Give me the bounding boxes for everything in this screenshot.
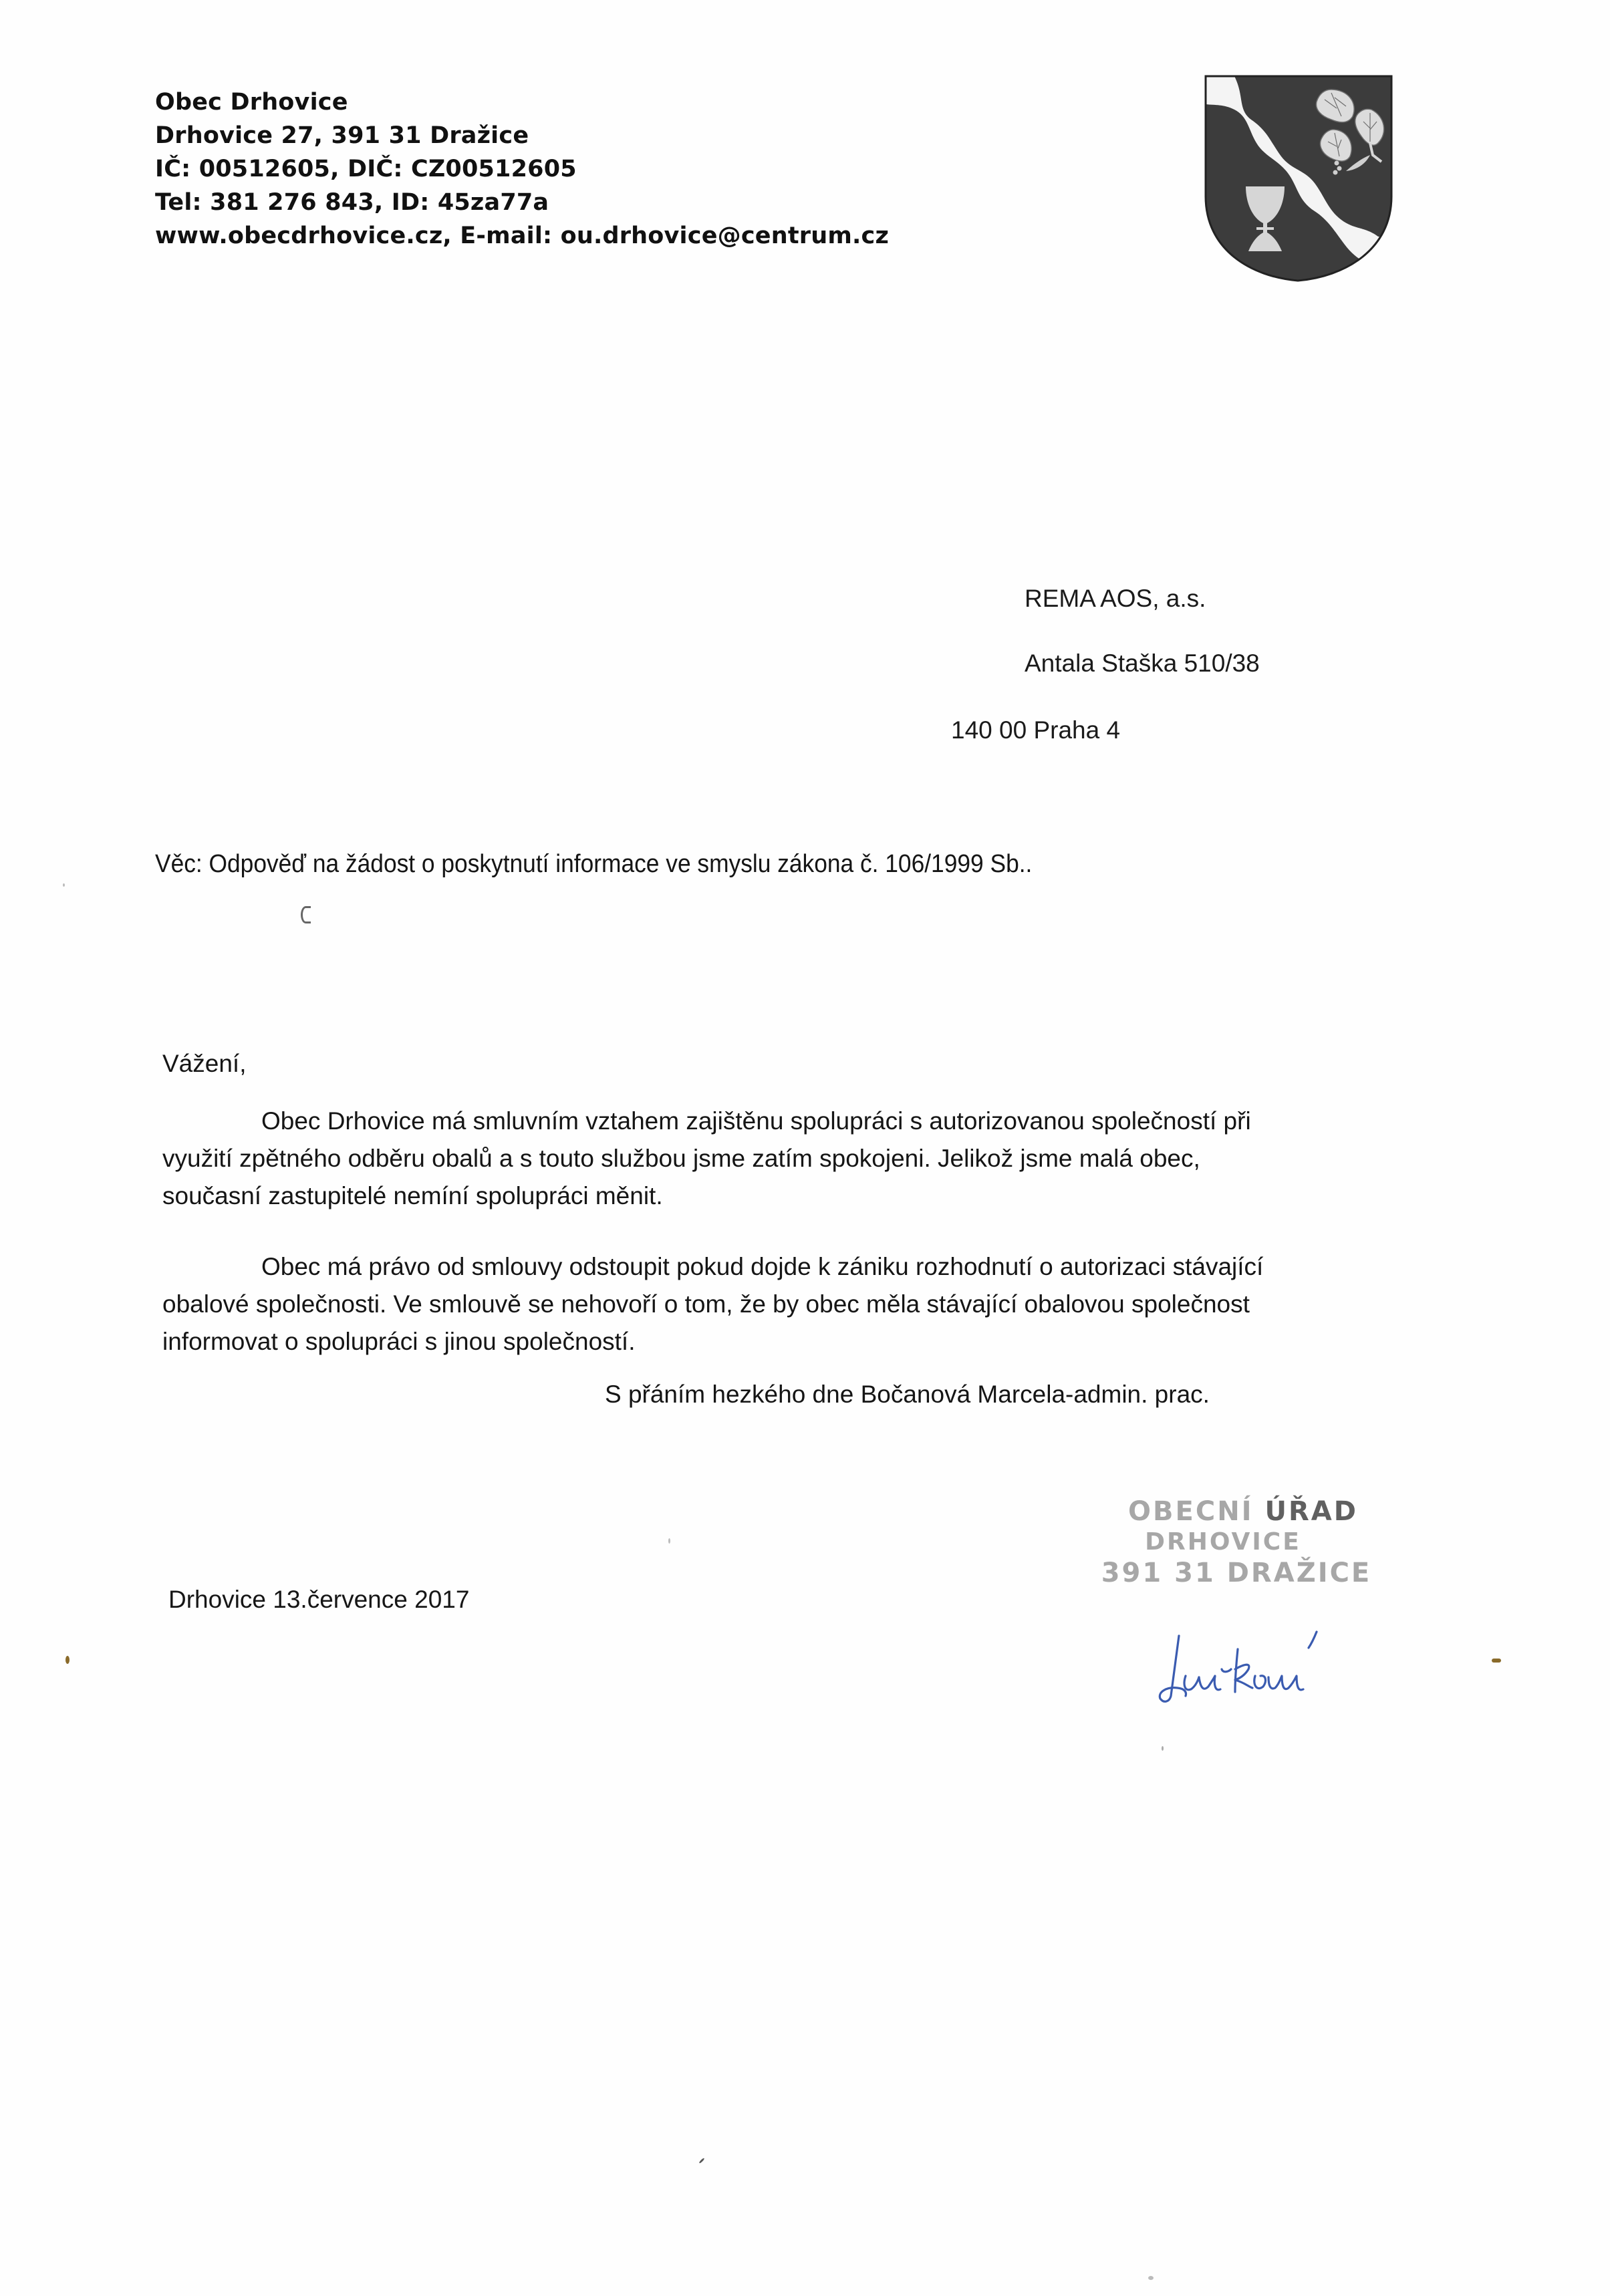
body-paragraph-2: Obec má právo od smlouvy odstoupit pokud… bbox=[162, 1248, 1412, 1360]
body-paragraph-1: Obec Drhovice má smluvním vztahem zajišt… bbox=[162, 1103, 1412, 1215]
paragraph-line: Obec má právo od smlouvy odstoupit pokud… bbox=[162, 1248, 1412, 1286]
scan-speck bbox=[63, 883, 65, 887]
recipient-street: Antala Staška 510/38 bbox=[1025, 650, 1260, 678]
municipality-address: Drhovice 27, 391 31 Dražice bbox=[155, 119, 889, 152]
scan-speck bbox=[668, 1538, 670, 1544]
official-stamp: OBECNÍ ÚŘAD DRHOVICE 391 31 DRAŽICE bbox=[1076, 1495, 1397, 1589]
signature-icon bbox=[1144, 1622, 1385, 1709]
municipality-name: Obec Drhovice bbox=[155, 86, 889, 119]
stamp-text-dark: ÚŘAD bbox=[1265, 1496, 1358, 1527]
scan-speck bbox=[301, 906, 311, 923]
scan-speck bbox=[1162, 1746, 1164, 1751]
paragraph-line: Obec Drhovice má smluvním vztahem zajišt… bbox=[162, 1103, 1412, 1140]
scanned-letter-page: Obec Drhovice Drhovice 27, 391 31 Dražic… bbox=[0, 0, 1610, 2296]
paragraph-line: současní zastupitelé nemíní spolupráci m… bbox=[162, 1177, 1412, 1215]
salutation: Vážení, bbox=[162, 1050, 246, 1078]
municipality-web-email: www.obecdrhovice.cz, E-mail: ou.drhovice… bbox=[155, 219, 889, 253]
stamp-line-1: OBECNÍ ÚŘAD bbox=[1076, 1495, 1397, 1528]
stamp-text-faded: OBECNÍ bbox=[1128, 1496, 1264, 1527]
scan-speck bbox=[65, 1656, 70, 1664]
stamp-line-2: DRHOVICE bbox=[1076, 1528, 1397, 1557]
scan-speck bbox=[1148, 2276, 1154, 2280]
stamp-line-3: 391 31 DRAŽICE bbox=[1076, 1557, 1397, 1589]
letterhead: Obec Drhovice Drhovice 27, 391 31 Dražic… bbox=[155, 86, 889, 253]
letter-subject: Věc: Odpověď na žádost o poskytnutí info… bbox=[155, 850, 1032, 879]
scan-speck bbox=[698, 2158, 704, 2164]
recipient-company: REMA AOS, a.s. bbox=[1025, 585, 1206, 613]
scan-speck bbox=[1492, 1659, 1501, 1663]
municipality-ids: IČ: 00512605, DIČ: CZ00512605 bbox=[155, 152, 889, 186]
closing-line: S přáním hezkého dne Bočanová Marcela-ad… bbox=[605, 1381, 1210, 1409]
recipient-city: 140 00 Praha 4 bbox=[951, 716, 1120, 744]
municipality-contact: Tel: 381 276 843, ID: 45za77a bbox=[155, 186, 889, 219]
paragraph-line: informovat o spolupráci s jinou společno… bbox=[162, 1323, 1412, 1360]
paragraph-line: obalové společnosti. Ve smlouvě se nehov… bbox=[162, 1286, 1412, 1323]
coat-of-arms-icon bbox=[1198, 69, 1398, 283]
paragraph-line: využití zpětného odběru obalů a s touto … bbox=[162, 1140, 1412, 1177]
place-date: Drhovice 13.července 2017 bbox=[168, 1586, 469, 1614]
